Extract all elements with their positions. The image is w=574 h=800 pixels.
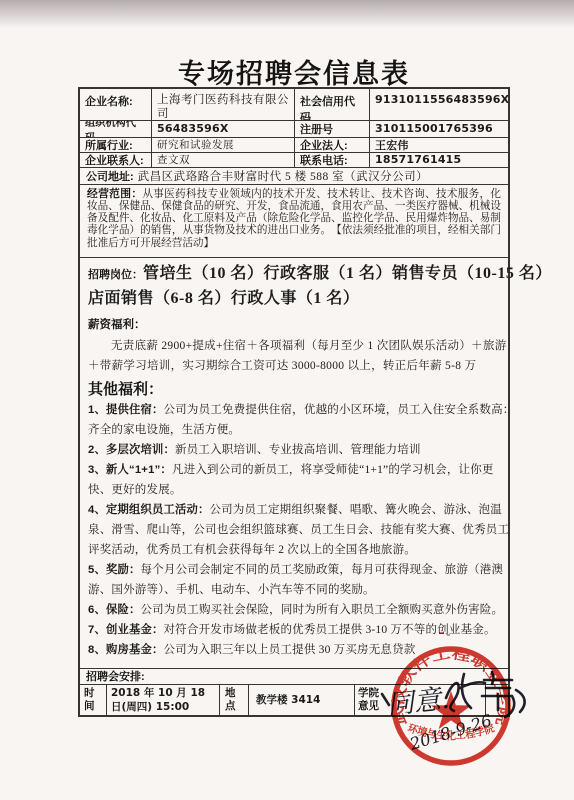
address-label: 公司地址: bbox=[86, 168, 134, 184]
benefit-text: 每个月公司会制定不同的员工奖励政策，每月可获得现金、旅游（港澳游、国外游等）、手… bbox=[88, 564, 503, 596]
table-row: 企业名称: 上海考门医药科技有限公司 社会信用代码 91310115564835… bbox=[80, 89, 508, 121]
reg-number-value: 310115001765396 bbox=[375, 122, 493, 135]
legal-person-label-cell: 企业法人: bbox=[295, 138, 370, 152]
salary-benefits-label: 薪资福利： bbox=[88, 317, 516, 333]
legal-person-label: 企业法人: bbox=[300, 138, 348, 152]
company-name-label: 企业名称: bbox=[85, 93, 133, 109]
business-scope-label: 经营范围： bbox=[87, 188, 142, 200]
org-code-label-cell: 组织机构代码 bbox=[80, 121, 152, 137]
table-row-scope: 经营范围：从事医药科技专业领域内的技术开发、技术转让、技术咨询、技术服务，化妆品… bbox=[80, 185, 508, 258]
positions-line-2: 店面销售（6-8 名）行政人事（1 名） bbox=[88, 287, 516, 310]
address-value: 武昌区武珞路合丰财富时代 5 楼 588 室（武汉分公司） bbox=[138, 168, 429, 184]
phone-value: 18571761415 bbox=[375, 153, 461, 166]
contact-label-cell: 企业联系人: bbox=[80, 153, 152, 167]
phone-label: 联系电话: bbox=[300, 153, 348, 167]
phone-label-cell: 联系电话: bbox=[295, 153, 370, 167]
other-benefits-label: 其他福利： bbox=[88, 379, 516, 400]
reg-number-label: 注册号 bbox=[300, 121, 333, 137]
arrangement-label: 招聘会安排: bbox=[86, 668, 145, 684]
place-value: 教学楼 3414 bbox=[256, 693, 320, 707]
table-row-recruitment: 招聘岗位：管培生（10 名）行政客服（1 名）销售专员（10-15 名） 店面销… bbox=[80, 258, 508, 669]
company-name-value: 上海考门医药科技有限公司 bbox=[157, 93, 289, 120]
benefit-item-6: 6、保险：公司为员工购买社会保险，同时为所有入职员工全额购买意外伤害险。 bbox=[88, 600, 516, 620]
reg-number-label-cell: 注册号 bbox=[295, 121, 370, 137]
contact-label: 企业联系人: bbox=[85, 153, 144, 167]
positions-text-2: 店面销售（6-8 名）行政人事（1 名） bbox=[88, 290, 359, 307]
positions-label: 招聘岗位： bbox=[88, 269, 143, 281]
contact-value: 查文双 bbox=[157, 153, 190, 167]
handwritten-approval: 同意. 2018-9-26 bbox=[376, 664, 572, 760]
benefit-lead: 5、奖励： bbox=[88, 564, 140, 576]
org-code-label: 组织机构代码 bbox=[85, 121, 146, 137]
time-label: 时间 bbox=[84, 687, 102, 713]
scanned-document-page: 专场招聘会信息表 企业名称: 上海考门医药科技有限公司 社会信用代码 91310… bbox=[0, 0, 574, 800]
legal-person-value: 王宏伟 bbox=[375, 138, 409, 152]
place-label: 地点 bbox=[225, 687, 243, 713]
credit-code-label-cell: 社会信用代码 bbox=[295, 89, 370, 120]
org-code-value: 56483596X bbox=[157, 122, 229, 135]
benefit-lead: 7、创业基金： bbox=[88, 624, 163, 636]
recruitment-cell: 招聘岗位：管培生（10 名）行政客服（1 名）销售专员（10-15 名） 店面销… bbox=[80, 258, 524, 668]
credit-code-value-cell: 9131011556483596XR bbox=[370, 89, 508, 120]
benefit-lead: 1、提供住宿： bbox=[88, 404, 163, 416]
info-table: 企业名称: 上海考门医药科技有限公司 社会信用代码 91310115564835… bbox=[78, 87, 510, 717]
industry-value-cell: 研究和试验发展 bbox=[152, 138, 295, 152]
credit-code-label: 社会信用代码 bbox=[300, 93, 364, 120]
benefit-item-4: 4、定期组织员工活动：公司为员工定期组织聚餐、唱歌、篝火晚会、游泳、泡温泉、滑雪… bbox=[88, 500, 516, 560]
time-value-cell: 2018 年 10 月 18 日(周四) 15:00 bbox=[107, 685, 220, 716]
benefit-text: 新员工入职培训、专业拔高培训、管理能力培训 bbox=[175, 444, 421, 456]
benefit-lead: 2、多层次培训： bbox=[88, 444, 175, 456]
credit-code-value: 9131011556483596XR bbox=[375, 93, 508, 106]
benefit-item-1: 1、提供住宿：公司为员工免费提供住宿，优越的小区环境，员工入住安全系数高：齐全的… bbox=[88, 400, 516, 440]
contact-value-cell: 查文双 bbox=[152, 153, 295, 167]
benefit-lead: 4、定期组织员工活动： bbox=[88, 504, 209, 516]
place-value-cell: 教学楼 3414 bbox=[249, 685, 355, 716]
legal-person-value-cell: 王宏伟 bbox=[370, 138, 508, 152]
stamp-ink-artifact bbox=[447, 634, 450, 636]
place-label-cell: 地点 bbox=[220, 685, 249, 716]
industry-label: 所属行业: bbox=[85, 138, 133, 152]
benefit-item-5: 5、奖励：每个月公司会制定不同的员工奖励政策，每月可获得现金、旅游（港澳游、国外… bbox=[88, 560, 516, 600]
page-title: 专场招聘会信息表 bbox=[78, 52, 510, 91]
benefit-text: 公司为入职三年以上员工提供 30 万买房无息贷款 bbox=[163, 644, 415, 656]
industry-value: 研究和试验发展 bbox=[157, 138, 234, 152]
positions-text-1: 管培生（10 名）行政客服（1 名）销售专员（10-15 名） bbox=[143, 265, 552, 282]
approval-text: 同意. bbox=[385, 684, 450, 721]
phone-value-cell: 18571761415 bbox=[370, 153, 508, 167]
benefit-lead: 6、保险： bbox=[88, 604, 140, 616]
stamp-ink-artifact bbox=[439, 632, 444, 634]
benefit-text: 公司为员工购买社会保险，同时为所有入职员工全额购买意外伤害险。 bbox=[140, 604, 503, 616]
positions-line-1: 招聘岗位：管培生（10 名）行政客服（1 名）销售专员（10-15 名） bbox=[88, 262, 516, 287]
table-row: 企业联系人: 查文双 联系电话: 18571761415 bbox=[80, 153, 508, 168]
company-name-value-cell: 上海考门医药科技有限公司 bbox=[152, 89, 295, 120]
time-label-cell: 时间 bbox=[80, 685, 107, 716]
business-scope-text: 从事医药科技专业领域内的技术开发、技术转让、技术咨询、技术服务，化妆品、保健品、… bbox=[87, 189, 501, 249]
salary-text: 无责底薪 2900+提成+住宿＋各项福利（每月至少 1 次团队娱乐活动）＋旅游＋… bbox=[88, 336, 516, 376]
table-row-address: 公司地址: 武昌区武珞路合丰财富时代 5 楼 588 室（武汉分公司） bbox=[80, 168, 508, 185]
benefit-item-2: 2、多层次培训：新员工入职培训、专业拔高培训、管理能力培训 bbox=[88, 440, 516, 460]
time-value: 2018 年 10 月 18 日(周四) 15:00 bbox=[111, 686, 215, 714]
scan-edge-shadow bbox=[0, 0, 574, 28]
table-row: 组织机构代码 56483596X 注册号 310115001765396 bbox=[80, 121, 508, 138]
reg-number-value-cell: 310115001765396 bbox=[370, 121, 508, 137]
industry-label-cell: 所属行业: bbox=[80, 138, 152, 152]
benefit-item-3: 3、新人“1+1”：凡进入到公司的新员工，将享受师徒“1+1”的学习机会，让你更… bbox=[88, 460, 516, 500]
business-scope-cell: 经营范围：从事医药科技专业领域内的技术开发、技术转让、技术咨询、技术服务，化妆品… bbox=[80, 185, 508, 257]
org-code-value-cell: 56483596X bbox=[152, 121, 295, 137]
benefit-lead: 3、新人“1+1”： bbox=[88, 464, 172, 476]
table-row: 所属行业: 研究和试验发展 企业法人: 王宏伟 bbox=[80, 138, 508, 153]
company-name-label-cell: 企业名称: bbox=[80, 89, 152, 120]
benefit-lead: 8、购房基金： bbox=[88, 644, 163, 656]
address-cell: 公司地址: 武昌区武珞路合丰财富时代 5 楼 588 室（武汉分公司） bbox=[80, 168, 508, 184]
